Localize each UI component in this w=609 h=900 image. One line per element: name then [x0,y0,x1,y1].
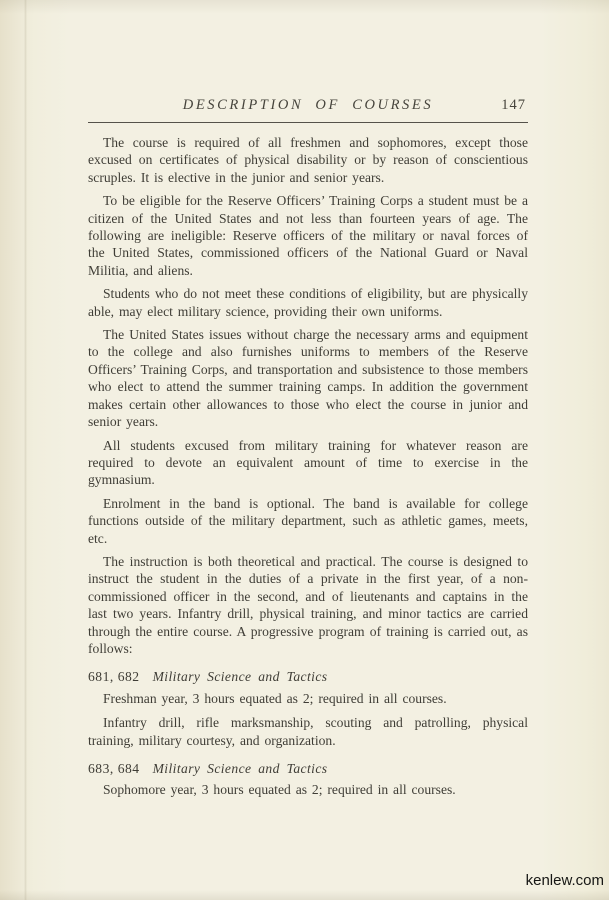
course-entry: 681, 682Military Science and Tactics Fre… [88,668,528,749]
course-line: Infantry drill, rifle marksmanship, scou… [88,714,528,749]
watermark: kenlew.com [526,872,604,889]
header-rule [88,122,528,123]
paragraph: All students excused from military train… [88,437,528,489]
scanned-page: DESCRIPTION OF COURSES 147 The course is… [0,0,609,900]
paragraph: Students who do not meet these condition… [88,285,528,320]
course-heading: 681, 682Military Science and Tactics [88,668,528,685]
paragraph: The course is required of all freshmen a… [88,134,528,186]
page-crease [24,0,27,900]
course-line: Freshman year, 3 hours equated as 2; req… [88,690,528,707]
course-numbers: 683, 684 [88,761,140,776]
paragraph: Enrolment in the band is optional. The b… [88,495,528,547]
page-number: 147 [501,97,526,114]
running-header-title: DESCRIPTION OF COURSES [88,97,528,114]
course-numbers: 681, 682 [88,669,140,684]
course-title: Military Science and Tactics [153,761,328,776]
course-entry: 683, 684Military Science and Tactics Sop… [88,760,528,799]
course-title: Military Science and Tactics [153,669,328,684]
paragraph: The United States issues without charge … [88,326,528,430]
paragraph: To be eligible for the Reserve Officers’… [88,192,528,279]
course-line: Sophomore year, 3 hours equated as 2; re… [88,781,528,798]
running-header: DESCRIPTION OF COURSES 147 [88,97,528,115]
page-content: DESCRIPTION OF COURSES 147 The course is… [88,0,528,806]
paragraph: The instruction is both theoretical and … [88,553,528,657]
body-text: The course is required of all freshmen a… [88,134,528,657]
course-heading: 683, 684Military Science and Tactics [88,760,528,777]
